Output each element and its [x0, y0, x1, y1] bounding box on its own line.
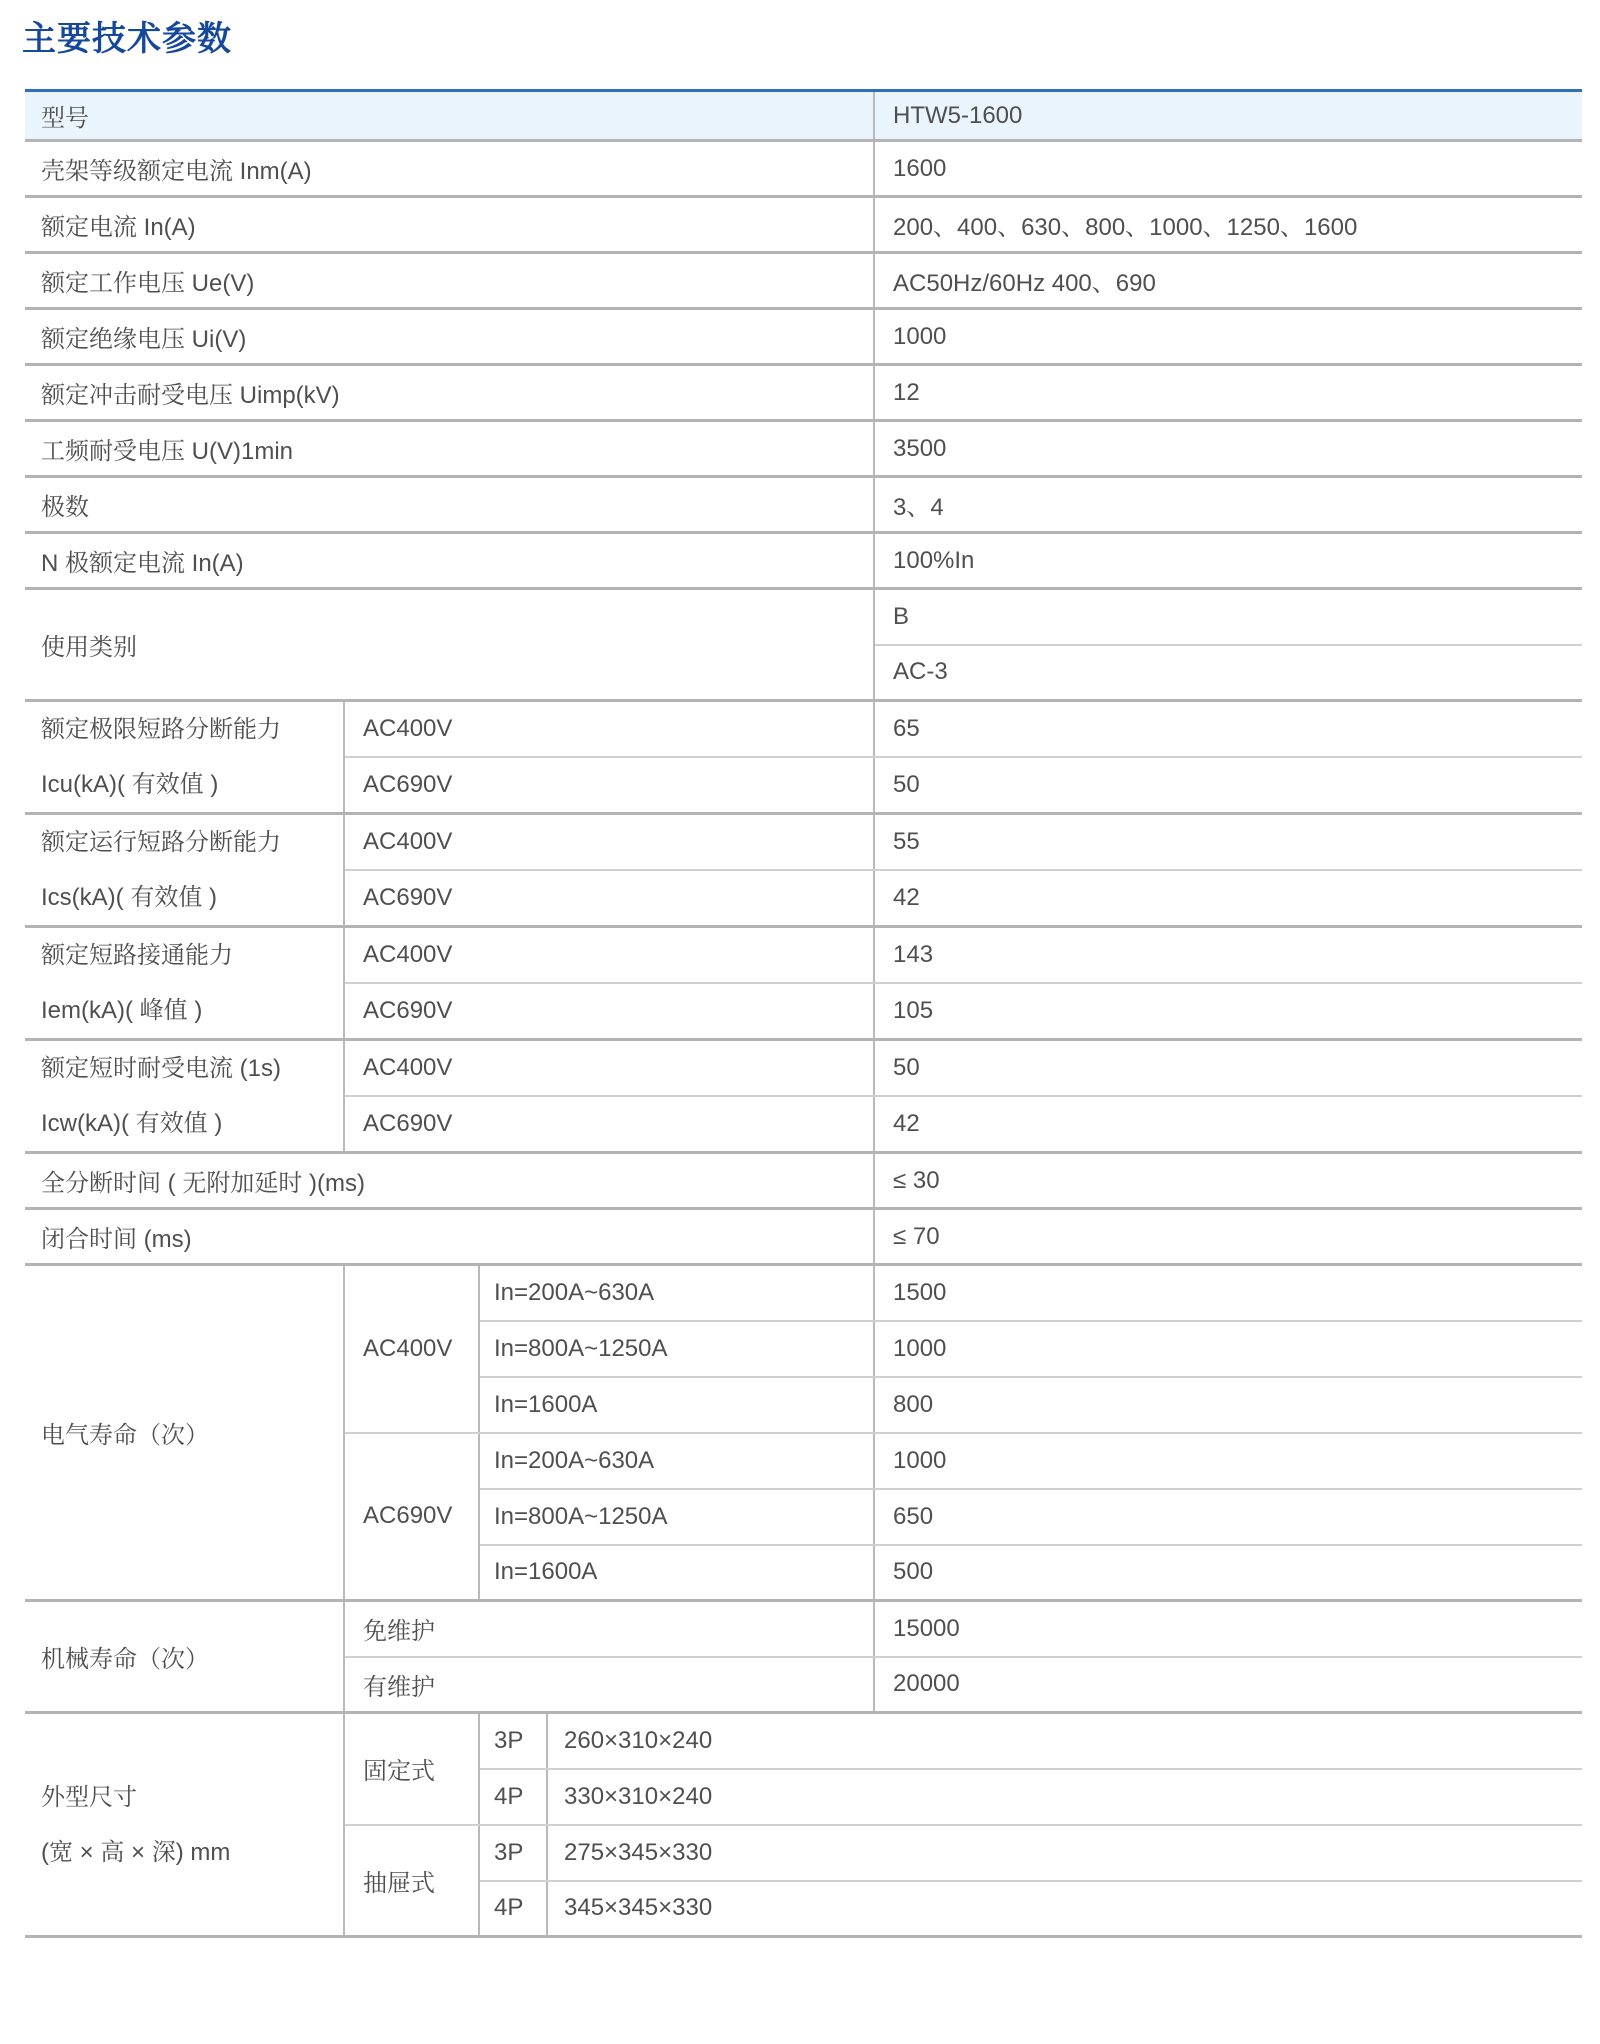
- voltage-sub-cell: AC690V: [344, 757, 874, 814]
- param-value-cell: 42: [874, 870, 1582, 927]
- current-range-cell: In=1600A: [479, 1377, 874, 1433]
- param-label-line2: Ics(kA)( 有效值 ): [41, 870, 335, 925]
- param-value-cell: 105: [874, 983, 1582, 1040]
- param-value-cell: 1500: [874, 1265, 1582, 1321]
- table-row: 额定冲击耐受电压 Uimp(kV) 12: [25, 365, 1582, 421]
- param-label-line1: 额定短路接通能力: [41, 928, 335, 983]
- voltage-sub-cell: AC690V: [344, 983, 874, 1040]
- table-row: 极数 3、4: [25, 477, 1582, 533]
- param-value-cell: 143: [874, 927, 1582, 984]
- param-label-line2: Iem(kA)( 峰值 ): [41, 983, 335, 1038]
- pole-cell: 4P: [479, 1881, 547, 1937]
- param-value-cell: 1600: [874, 141, 1582, 197]
- spec-table: 型号 HTW5-1600 壳架等级额定电流 Inm(A) 1600 额定电流 I…: [25, 89, 1582, 1938]
- param-label-line2: Icu(kA)( 有效值 ): [41, 757, 335, 812]
- voltage-sub-cell: AC400V: [344, 927, 874, 984]
- param-label-cell: 额定工作电压 Ue(V): [25, 253, 874, 309]
- current-range-cell: In=1600A: [479, 1545, 874, 1601]
- iem-label-cell: 额定短路接通能力 Iem(kA)( 峰值 ): [25, 927, 344, 1040]
- param-value-cell: 200、400、630、800、1000、1250、1600: [874, 197, 1582, 253]
- param-label-cell: 工频耐受电压 U(V)1min: [25, 421, 874, 477]
- param-value-cell: 500: [874, 1545, 1582, 1601]
- model-value-cell: HTW5-1600: [874, 91, 1582, 141]
- param-label-cell: 极数: [25, 477, 874, 533]
- param-label-line2: Icw(kA)( 有效值 ): [41, 1096, 335, 1151]
- voltage-sub-cell: AC690V: [344, 870, 874, 927]
- dimensions-label-cell: 外型尺寸 (宽 × 高 × 深) mm: [25, 1713, 344, 1937]
- param-value-cell: 100%In: [874, 533, 1582, 589]
- table-row: 电气寿命（次） AC400V In=200A~630A 1500: [25, 1265, 1582, 1321]
- table-row: 使用类别 B: [25, 589, 1582, 645]
- pole-cell: 3P: [479, 1825, 547, 1881]
- param-value-cell: 1000: [874, 309, 1582, 365]
- param-value-cell: 20000: [874, 1657, 1582, 1713]
- icw-label-cell: 额定短时耐受电流 (1s) Icw(kA)( 有效值 ): [25, 1040, 344, 1153]
- param-label-line1: 额定短时耐受电流 (1s): [41, 1041, 335, 1096]
- current-range-cell: In=800A~1250A: [479, 1489, 874, 1545]
- param-value-cell: 55: [874, 814, 1582, 871]
- usage-category-value-cell: B: [874, 589, 1582, 645]
- table-row: 机械寿命（次） 免维护 15000: [25, 1601, 1582, 1657]
- voltage-group-cell: AC400V: [344, 1265, 479, 1433]
- param-value-cell: 3、4: [874, 477, 1582, 533]
- dimension-value-cell: 345×345×330: [547, 1881, 1582, 1937]
- dimension-value-cell: 330×310×240: [547, 1769, 1582, 1825]
- param-value-cell: 65: [874, 701, 1582, 758]
- table-row: 闭合时间 (ms) ≤ 70: [25, 1209, 1582, 1265]
- table-row: 额定工作电压 Ue(V) AC50Hz/60Hz 400、690: [25, 253, 1582, 309]
- param-label-cell: N 极额定电流 In(A): [25, 533, 874, 589]
- electrical-life-label-cell: 电气寿命（次）: [25, 1265, 344, 1601]
- table-row: 额定极限短路分断能力 Icu(kA)( 有效值 ) AC400V 65: [25, 701, 1582, 758]
- param-label-cell: 额定冲击耐受电压 Uimp(kV): [25, 365, 874, 421]
- table-row: N 极额定电流 In(A) 100%In: [25, 533, 1582, 589]
- table-row: 工频耐受电压 U(V)1min 3500: [25, 421, 1582, 477]
- usage-category-value-cell: AC-3: [874, 645, 1582, 701]
- param-label-cell: 额定电流 In(A): [25, 197, 874, 253]
- param-value-cell: 650: [874, 1489, 1582, 1545]
- param-value-cell: 42: [874, 1096, 1582, 1153]
- table-header-row: 型号 HTW5-1600: [25, 91, 1582, 141]
- voltage-sub-cell: AC400V: [344, 701, 874, 758]
- usage-category-label-cell: 使用类别: [25, 589, 874, 701]
- icu-label-cell: 额定极限短路分断能力 Icu(kA)( 有效值 ): [25, 701, 344, 814]
- param-value-cell: 50: [874, 1040, 1582, 1097]
- dimension-value-cell: 260×310×240: [547, 1713, 1582, 1769]
- voltage-sub-cell: AC400V: [344, 814, 874, 871]
- pole-cell: 4P: [479, 1769, 547, 1825]
- current-range-cell: In=800A~1250A: [479, 1321, 874, 1377]
- maintenance-type-cell: 有维护: [344, 1657, 874, 1713]
- param-label-line1: 额定运行短路分断能力: [41, 815, 335, 870]
- param-label-line1: 额定极限短路分断能力: [41, 702, 335, 757]
- param-label-line2: (宽 × 高 × 深) mm: [41, 1825, 335, 1880]
- param-value-cell: 50: [874, 757, 1582, 814]
- page-title: 主要技术参数: [22, 18, 1600, 60]
- table-row: 全分断时间 ( 无附加延时 )(ms) ≤ 30: [25, 1153, 1582, 1209]
- dimension-value-cell: 275×345×330: [547, 1825, 1582, 1881]
- param-value-cell: ≤ 70: [874, 1209, 1582, 1265]
- model-label-cell: 型号: [25, 91, 874, 141]
- param-label-cell: 壳架等级额定电流 Inm(A): [25, 141, 874, 197]
- param-value-cell: 1000: [874, 1321, 1582, 1377]
- mount-type-cell: 抽屉式: [344, 1825, 479, 1937]
- voltage-sub-cell: AC400V: [344, 1040, 874, 1097]
- table-row: 额定电流 In(A) 200、400、630、800、1000、1250、160…: [25, 197, 1582, 253]
- param-label-line1: 外型尺寸: [41, 1770, 335, 1825]
- table-row: 外型尺寸 (宽 × 高 × 深) mm 固定式 3P 260×310×240: [25, 1713, 1582, 1769]
- param-value-cell: AC50Hz/60Hz 400、690: [874, 253, 1582, 309]
- mount-type-cell: 固定式: [344, 1713, 479, 1825]
- voltage-sub-cell: AC690V: [344, 1096, 874, 1153]
- current-range-cell: In=200A~630A: [479, 1265, 874, 1321]
- table-row: 壳架等级额定电流 Inm(A) 1600: [25, 141, 1582, 197]
- param-value-cell: ≤ 30: [874, 1153, 1582, 1209]
- param-value-cell: 12: [874, 365, 1582, 421]
- table-row: 额定绝缘电压 Ui(V) 1000: [25, 309, 1582, 365]
- param-label-cell: 闭合时间 (ms): [25, 1209, 874, 1265]
- ics-label-cell: 额定运行短路分断能力 Ics(kA)( 有效值 ): [25, 814, 344, 927]
- param-label-cell: 全分断时间 ( 无附加延时 )(ms): [25, 1153, 874, 1209]
- param-label-cell: 额定绝缘电压 Ui(V): [25, 309, 874, 365]
- table-row: 额定运行短路分断能力 Ics(kA)( 有效值 ) AC400V 55: [25, 814, 1582, 871]
- param-value-cell: 3500: [874, 421, 1582, 477]
- param-value-cell: 1000: [874, 1433, 1582, 1489]
- mechanical-life-label-cell: 机械寿命（次）: [25, 1601, 344, 1713]
- param-value-cell: 800: [874, 1377, 1582, 1433]
- param-value-cell: 15000: [874, 1601, 1582, 1657]
- table-row: 额定短时耐受电流 (1s) Icw(kA)( 有效值 ) AC400V 50: [25, 1040, 1582, 1097]
- current-range-cell: In=200A~630A: [479, 1433, 874, 1489]
- table-row: 额定短路接通能力 Iem(kA)( 峰值 ) AC400V 143: [25, 927, 1582, 984]
- pole-cell: 3P: [479, 1713, 547, 1769]
- voltage-group-cell: AC690V: [344, 1433, 479, 1601]
- maintenance-type-cell: 免维护: [344, 1601, 874, 1657]
